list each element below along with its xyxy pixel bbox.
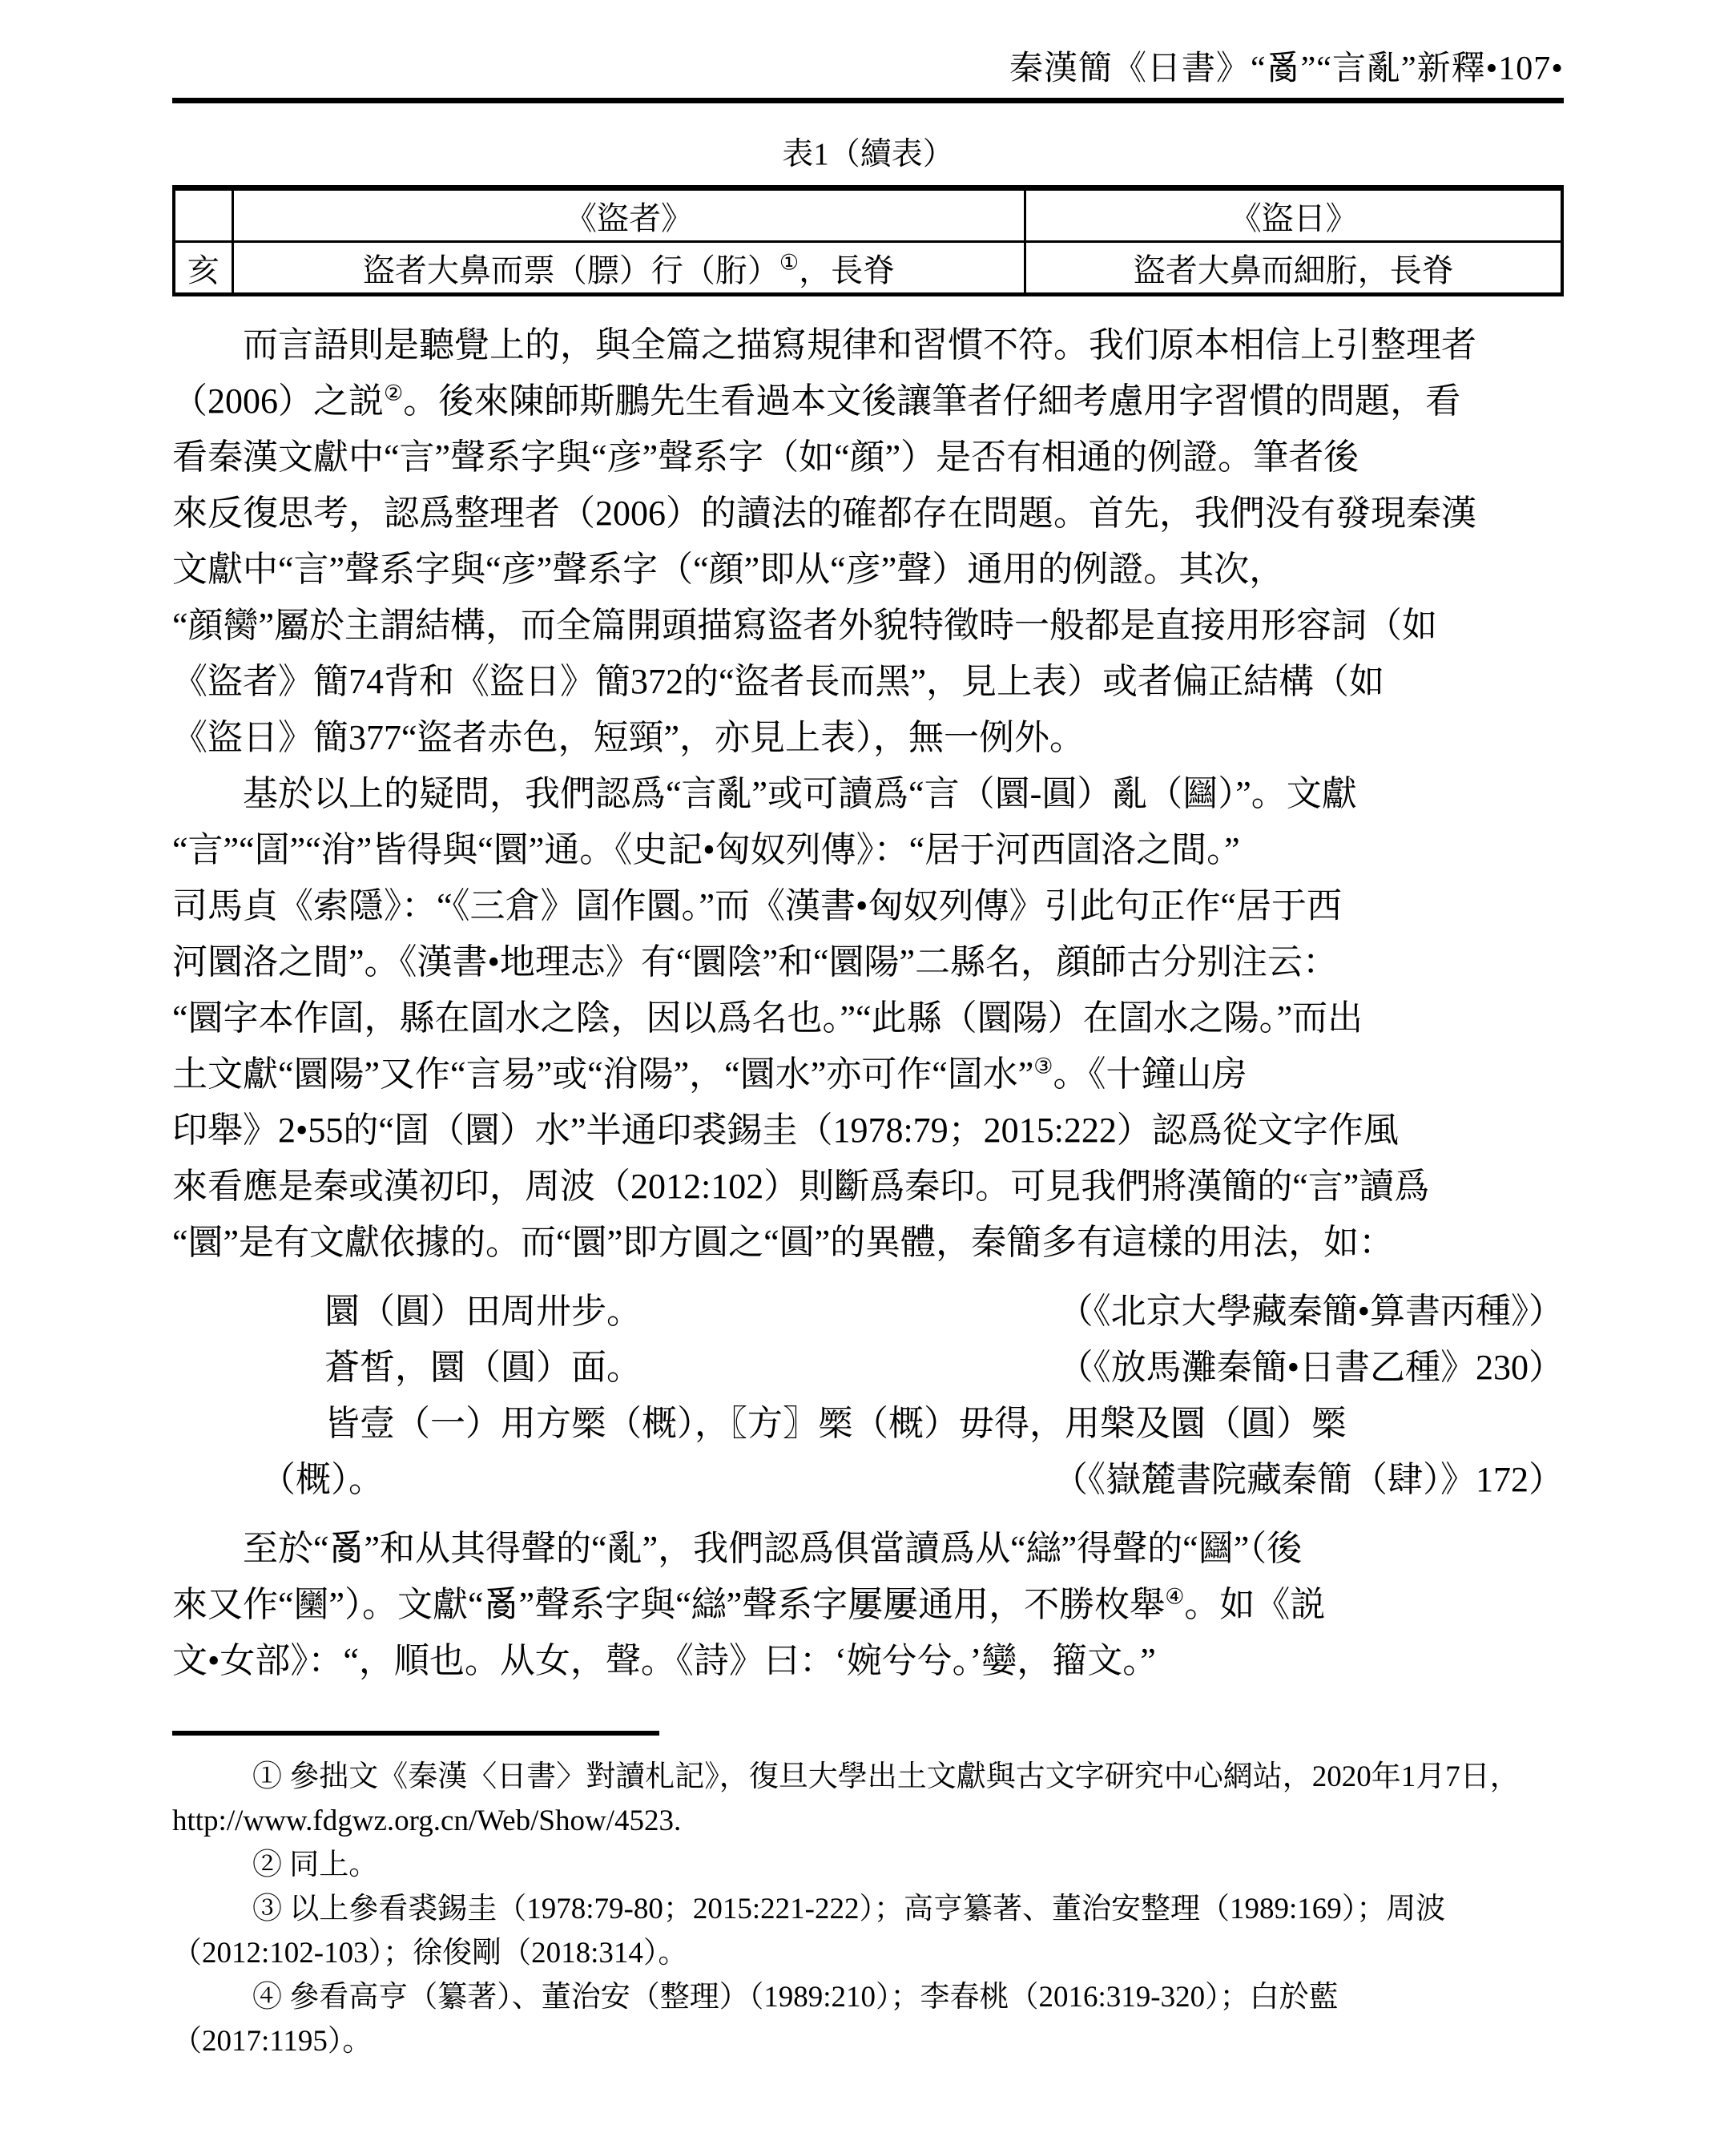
table-header-branch [174,188,232,242]
paragraph-3: 至於“𤔔”和从其得聲的“亂”，我們認爲俱當讀爲从“䜌”得聲的“圝”（後 來又作“… [172,1521,1564,1689]
line-text: 。後來陳師斯鵬先生看過本文後讓筆者仔細考慮用字習慣的問題，看 [403,381,1460,421]
quote-text: 皆壹（一）用方橜（概），〖方〗橜（概）毋得，用槃及圜（圓）橜 [324,1396,1347,1452]
paragraph-line: 土文獻“圜陽”又作“言易”或“洕陽”，“圜水”亦可作“圁水”③。《十鐘山房 [172,1046,1564,1103]
footnote-url: http://www.fdgwz.org.cn/Web/Show/4523. [172,1799,1564,1843]
footnote-marker-4: ④ [1165,1584,1184,1608]
quote-row: （概）。 （《嶽麓書院藏秦簡（肆）》172） [172,1452,1564,1508]
paragraph-2: 基於以上的疑問，我們認爲“言亂”或可讀爲“言（圜-圓）亂（圝）”。文獻 “言”“… [172,766,1564,1271]
quote-row: 圜（圓）田周卅步。 （《北京大學藏秦簡•算書丙種》） [172,1284,1564,1340]
continuation-table: 《盜者》 《盜日》 亥 盜者大鼻而票（膘）行（胻）①，長脊 盜者大鼻而細胻，長脊 [172,185,1564,296]
quote-row: 皆壹（一）用方橜（概），〖方〗橜（概）毋得，用槃及圜（圓）橜 [172,1396,1564,1452]
paragraph-1: 而言語則是聽覺上的，與全篇之描寫規律和習慣不符。我们原本相信上引整理者 （200… [172,317,1564,766]
paragraph-line: 文•女部》：“𡡗，順也。从女，𤔔聲。《詩》曰：‘婉兮𡡗兮。’孌，籀文𡡗。” [172,1633,1564,1689]
footnote-marker-1: ① [779,250,799,274]
footnote-marker-2: ② [384,381,403,405]
table-header-daozhe: 《盜者》 [232,188,1025,242]
paragraph-line: 而言語則是聽覺上的，與全篇之描寫規律和習慣不符。我们原本相信上引整理者 [172,317,1564,373]
paragraph-line: 至於“𤔔”和从其得聲的“亂”，我們認爲俱當讀爲从“䜌”得聲的“圝”（後 [172,1521,1564,1577]
footnote-marker-3: ③ [1033,1054,1053,1078]
running-header: 秦漢簡《日書》“𤔔”“言亂”新釋•107• [172,0,1564,90]
cell-daozhe: 盜者大鼻而票（膘）行（胻）①，長脊 [232,242,1025,295]
table-row: 亥 盜者大鼻而票（膘）行（胻）①，長脊 盜者大鼻而細胻，長脊 [174,242,1562,295]
table-header-daori: 《盜日》 [1025,188,1562,242]
article-body: 而言語則是聽覺上的，與全篇之描寫規律和習慣不符。我们原本相信上引整理者 （200… [172,317,1564,1689]
footnotes: ① 參拙文《秦漢〈日書〉對讀札記》，復旦大學出土文獻與古文字研究中心網站，202… [172,1755,1564,2063]
paragraph-line: 河圜洛之間”。《漢書•地理志》有“圜陰”和“圜陽”二縣名，顔師古分别注云： [172,934,1564,990]
quote-text: 圜（圓）田周卅步。 [324,1284,642,1340]
line-text: 。如《説 [1184,1585,1325,1624]
footnote-line: （2017:1195）。 [172,2019,1564,2063]
header-rule [172,98,1564,103]
quote-text: 蒼皙，圜（圓）面。 [324,1340,642,1396]
paragraph-line: “顔臠”屬於主謂結構，而全篇開頭描寫盜者外貌特徵時一般都是直接用形容詞（如 [172,598,1564,654]
footnote-separator [172,1731,659,1736]
paragraph-line: “圜”是有文獻依據的。而“圜”即方圓之“圓”的異體，秦簡多有這樣的用法，如： [172,1215,1564,1271]
footnote-line: ② 同上。 [172,1843,1564,1887]
footnote-line: ③ 以上參看裘錫圭（1978:79-80；2015:221-222）；高亨纂著、… [172,1887,1564,1931]
paragraph-line: 司馬貞《索隱》：“《三倉》圁作圜。”而《漢書•匈奴列傳》引此句正作“居于西 [172,878,1564,934]
footnote-line: （2012:102-103）；徐俊剛（2018:314）。 [172,1931,1564,1975]
line-text: 土文獻“圜陽”又作“言易”或“洕陽”，“圜水”亦可作“圁水” [172,1054,1033,1094]
quote-text: （概）。 [260,1452,384,1508]
cell-daozhe-tail: ，長脊 [799,252,895,288]
paragraph-line: 基於以上的疑問，我們認爲“言亂”或可讀爲“言（圜-圓）亂（圝）”。文獻 [172,766,1564,822]
table-header-row: 《盜者》 《盜日》 [174,188,1562,242]
line-text: 來又作“圞”）。文獻“𤔔”聲系字與“䜌”聲系字屢屢通用，不勝枚舉 [172,1585,1165,1624]
quote-citation: （《放馬灘秦簡•日書乙種》230） [1058,1340,1564,1396]
cell-branch: 亥 [174,242,232,295]
paragraph-line: 來又作“圞”）。文獻“𤔔”聲系字與“䜌”聲系字屢屢通用，不勝枚舉④。如《説 [172,1577,1564,1633]
footnote-line: ④ 參看高亨（纂著）、董治安（整理）（1989:210）；李春桃（2016:31… [172,1975,1564,2019]
example-quotes: 圜（圓）田周卅步。 （《北京大學藏秦簡•算書丙種》） 蒼皙，圜（圓）面。 （《放… [172,1284,1564,1508]
paragraph-line: 來看應是秦或漢初印，周波（2012:102）則斷爲秦印。可見我們將漢簡的“言”讀… [172,1159,1564,1215]
paper-page: 秦漢簡《日書》“𤔔”“言亂”新釋•107• 表1（續表） 《盜者》 《盜日》 亥… [0,0,1736,2137]
paragraph-line: （2006）之説②。後來陳師斯鵬先生看過本文後讓筆者仔細考慮用字習慣的問題，看 [172,373,1564,429]
page-content: 秦漢簡《日書》“𤔔”“言亂”新釋•107• 表1（續表） 《盜者》 《盜日》 亥… [172,0,1564,2063]
paragraph-line: 印舉》2•55的“圁（圜）水”半通印裘錫圭（1978:79；2015:222）認… [172,1103,1564,1159]
line-text: 。《十鐘山房 [1053,1054,1247,1094]
paragraph-line: “圜字本作圁，縣在圁水之陰，因以爲名也。”“此縣（圜陽）在圁水之陽。”而出 [172,990,1564,1046]
cell-daori: 盜者大鼻而細胻，長脊 [1025,242,1562,295]
quote-row: 蒼皙，圜（圓）面。 （《放馬灘秦簡•日書乙種》230） [172,1340,1564,1396]
quote-citation: （《嶽麓書院藏秦簡（肆）》172） [1053,1452,1564,1508]
line-text: （2006）之説 [172,381,384,421]
paragraph-line: 《盜日》簡377“盜者赤色，短頸”，亦見上表），無一例外。 [172,710,1564,766]
paragraph-line: “言”“圁”“洕”皆得與“圜”通。《史記•匈奴列傳》：“居于河西圁洛之間。” [172,822,1564,878]
paragraph-line: 來反復思考，認爲整理者（2006）的讀法的確都存在問題。首先，我們没有發現秦漢 [172,486,1564,542]
paragraph-line: 看秦漢文獻中“言”聲系字與“彦”聲系字（如“顔”）是否有相通的例證。筆者後 [172,429,1564,486]
table-caption: 表1（續表） [172,135,1564,174]
cell-daozhe-text: 盜者大鼻而票（膘）行（胻） [363,252,779,288]
footnote-line: ① 參拙文《秦漢〈日書〉對讀札記》，復旦大學出土文獻與古文字研究中心網站，202… [172,1755,1564,1799]
paragraph-line: 文獻中“言”聲系字與“彦”聲系字（“顔”即从“彦”聲）通用的例證。其次， [172,542,1564,598]
paragraph-line: 《盜者》簡74背和《盜日》簡372的“盜者長而黑”，見上表）或者偏正結構（如 [172,654,1564,710]
quote-citation: （《北京大學藏秦簡•算書丙種》） [1058,1284,1564,1340]
